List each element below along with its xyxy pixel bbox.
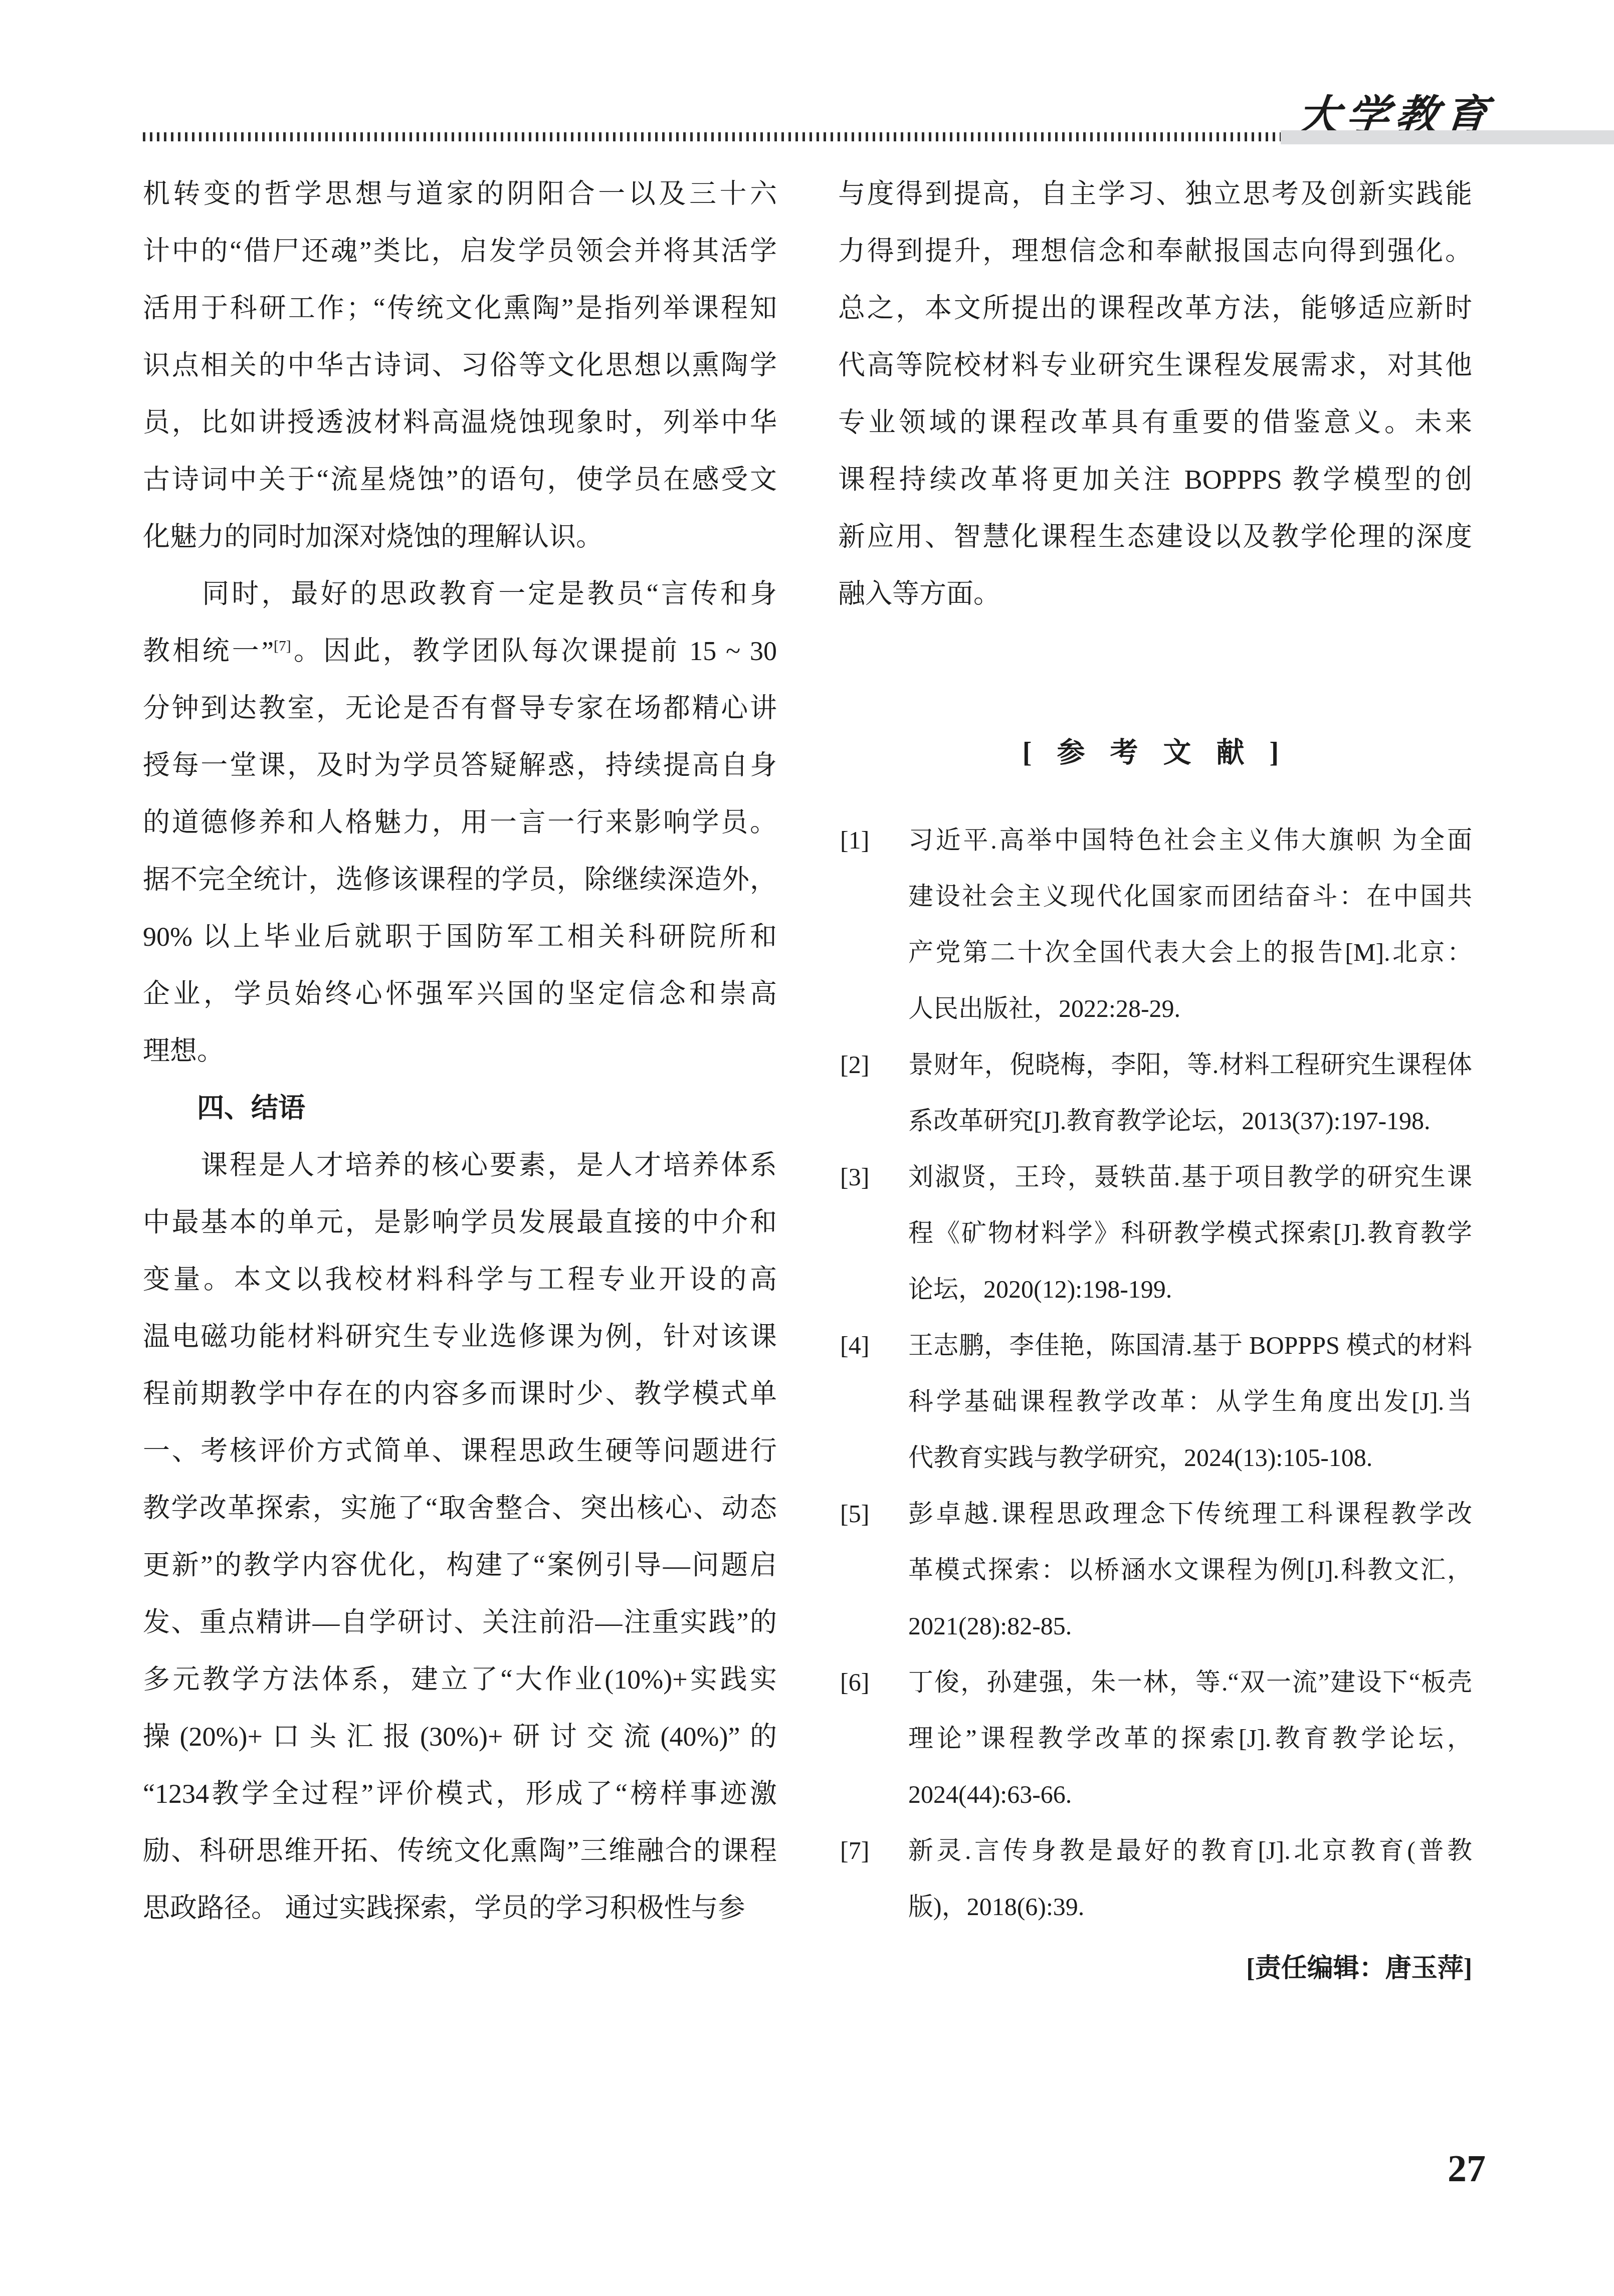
text-line: 90% 以上毕业后就职于国防军工相关科研院所和 [143, 908, 777, 965]
text-line: 一、考核评价方式简单、课程思政生硬等问题进行 [143, 1422, 777, 1480]
text-line: 企业，学员始终心怀强军兴国的坚定信念和崇高 [143, 965, 777, 1022]
reference-line: 科学基础课程教学改革：从学生角度出发[J].当 [838, 1373, 1472, 1429]
reference-number: [4] [840, 1317, 869, 1373]
text-line: 课程持续改革将更加关注 BOPPPS 教学模型的创 [838, 451, 1472, 508]
reference-line: 建设社会主义现代化国家而团结奋斗：在中国共 [838, 868, 1472, 924]
reference-line: [3]刘淑贤，王玲，聂轶苗.基于项目教学的研究生课 [838, 1149, 1472, 1205]
text-line: 发、重点精讲—自学研讨、关注前沿—注重实践”的 [143, 1594, 777, 1651]
reference-line: 论坛，2020(12):198-199. [838, 1261, 1472, 1317]
text-line: 思政路径。 通过实践探索，学员的学习积极性与参 [143, 1880, 777, 1937]
reference-line: [2]景财年，倪晓梅，李阳，等.材料工程研究生课程体 [838, 1036, 1472, 1093]
reference-line: [7]新灵.言传身教是最好的教育[J].北京教育(普教 [838, 1822, 1472, 1878]
text-line: 授每一堂课，及时为学员答疑解惑，持续提高自身 [143, 737, 777, 794]
reference-line: 产党第二十次全国代表大会上的报告[M].北京： [838, 924, 1472, 980]
text-line: 代高等院校材料专业研究生课程发展需求，对其他 [838, 337, 1472, 394]
text-line: 课程是人才培养的核心要素，是人才培养体系 [143, 1137, 777, 1194]
reference-line: [1]习近平.高举中国特色社会主义伟大旗帜 为全面 [838, 812, 1472, 868]
text-line: 更新”的教学内容优化，构建了“案例引导—问题启 [143, 1537, 777, 1594]
reference-line: [5]彭卓越.课程思政理念下传统理工科课程教学改 [838, 1486, 1472, 1542]
left-column: 机转变的哲学思想与道家的阴阳合一以及三十六计中的“借尸还魂”类比，启发学员领会并… [143, 165, 777, 1937]
text-line: 温电磁功能材料研究生专业选修课为例，针对该课 [143, 1308, 777, 1365]
reference-number: [3] [840, 1149, 869, 1205]
text-line: 教相统一”[7]。因此，教学团队每次课提前 15 ~ 30 [143, 622, 777, 680]
text-line: 活用于科研工作；“传统文化熏陶”是指列举课程知 [143, 280, 777, 337]
reference-line: [4]王志鹏，李佳艳，陈国清.基于 BOPPPS 模式的材料 [838, 1317, 1472, 1373]
text-line: 计中的“借尸还魂”类比，启发学员领会并将其活学 [143, 223, 777, 280]
text-line: 总之，本文所提出的课程改革方法，能够适应新时 [838, 280, 1472, 337]
text-line: 变量。本文以我校材料科学与工程专业开设的高 [143, 1251, 777, 1308]
text-line: 专业领域的课程改革具有重要的借鉴意义。未来 [838, 394, 1472, 451]
text-line: 新应用、智慧化课程生态建设以及教学伦理的深度 [838, 508, 1472, 565]
text-line: 同时，最好的思政教育一定是教员“言传和身 [143, 565, 777, 622]
text-line: 古诗词中关于“流星烧蚀”的语句，使学员在感受文 [143, 451, 777, 508]
header-gray-bar [1281, 130, 1614, 144]
text-line: 分钟到达教室，无论是否有督导专家在场都精心讲 [143, 680, 777, 737]
text-line: 据不完全统计，选修该课程的学员，除继续深造外， [143, 851, 777, 908]
text-line: 中最基本的单元，是影响学员发展最直接的中介和 [143, 1194, 777, 1251]
references-header: [ 参 考 文 献 ] [838, 724, 1472, 781]
text-line: 励、科研思维开拓、传统文化熏陶”三维融合的课程 [143, 1822, 777, 1880]
text-line: 教学改革探索，实施了“取舍整合、突出核心、动态 [143, 1480, 777, 1537]
text-line: 操(20%)+口头汇报(30%)+研讨交流(40%)”的 [143, 1708, 777, 1765]
reference-number: [1] [840, 812, 869, 868]
text-line: 多元教学方法体系，建立了“大作业(10%)+实践实 [143, 1651, 777, 1708]
text-line: 员，比如讲授透波材料高温烧蚀现象时，列举中华 [143, 394, 777, 451]
reference-line: [6]丁俊，孙建强，朱一林，等.“双一流”建设下“板壳 [838, 1654, 1472, 1710]
text-line: 理想。 [143, 1022, 777, 1080]
editor-note: [责任编辑：唐玉萍] [838, 1941, 1472, 1997]
text-line: 融入等方面。 [838, 565, 1472, 622]
reference-line: 版)，2018(6):39. [838, 1878, 1472, 1935]
reference-number: [2] [840, 1036, 869, 1093]
reference-line: 2021(28):82-85. [838, 1598, 1472, 1654]
text-line: 程前期教学中存在的内容多而课时少、教学模式单 [143, 1365, 777, 1422]
text-line: 识点相关的中华古诗词、习俗等文化思想以熏陶学 [143, 337, 777, 394]
section-heading: 四、结语 [143, 1080, 777, 1137]
text-line: 力得到提升，理想信念和奉献报国志向得到强化。 [838, 223, 1472, 280]
text-line: 机转变的哲学思想与道家的阴阳合一以及三十六 [143, 165, 777, 223]
text-line: 化魅力的同时加深对烧蚀的理解认识。 [143, 508, 777, 565]
page-number: 27 [1448, 2147, 1486, 2191]
reference-number: [7] [840, 1822, 869, 1878]
reference-line: 程《矿物材料学》科研教学模式探索[J].教育教学 [838, 1205, 1472, 1261]
journal-page: 大学教育 机转变的哲学思想与道家的阴阳合一以及三十六计中的“借尸还魂”类比，启发… [0, 0, 1614, 2296]
dotted-rule [143, 132, 1281, 141]
right-column: 与度得到提高，自主学习、独立思考及创新实践能力得到提升，理想信念和奉献报国志向得… [838, 165, 1472, 2170]
reference-line: 革模式探索：以桥涵水文课程为例[J].科教文汇， [838, 1542, 1472, 1598]
reference-line: 理论”课程教学改革的探索[J].教育教学论坛， [838, 1710, 1472, 1766]
reference-number: [6] [840, 1654, 869, 1710]
reference-number: [5] [840, 1486, 869, 1542]
closing-paragraph: 与度得到提高，自主学习、独立思考及创新实践能力得到提升，理想信念和奉献报国志向得… [838, 165, 1472, 622]
reference-line: 人民出版社，2022:28-29. [838, 980, 1472, 1036]
text-line: 的道德修养和人格魅力，用一言一行来影响学员。 [143, 794, 777, 851]
reference-line: 系改革研究[J].教育教学论坛，2013(37):197-198. [838, 1093, 1472, 1149]
text-line: “1234教学全过程”评价模式，形成了“榜样事迹激 [143, 1765, 777, 1822]
text-line: 与度得到提高，自主学习、独立思考及创新实践能 [838, 165, 1472, 223]
reference-line: 2024(44):63-66. [838, 1766, 1472, 1822]
reference-line: 代教育实践与教学研究，2024(13):105-108. [838, 1429, 1472, 1486]
references-list: [1]习近平.高举中国特色社会主义伟大旗帜 为全面建设社会主义现代化国家而团结奋… [838, 812, 1472, 1935]
